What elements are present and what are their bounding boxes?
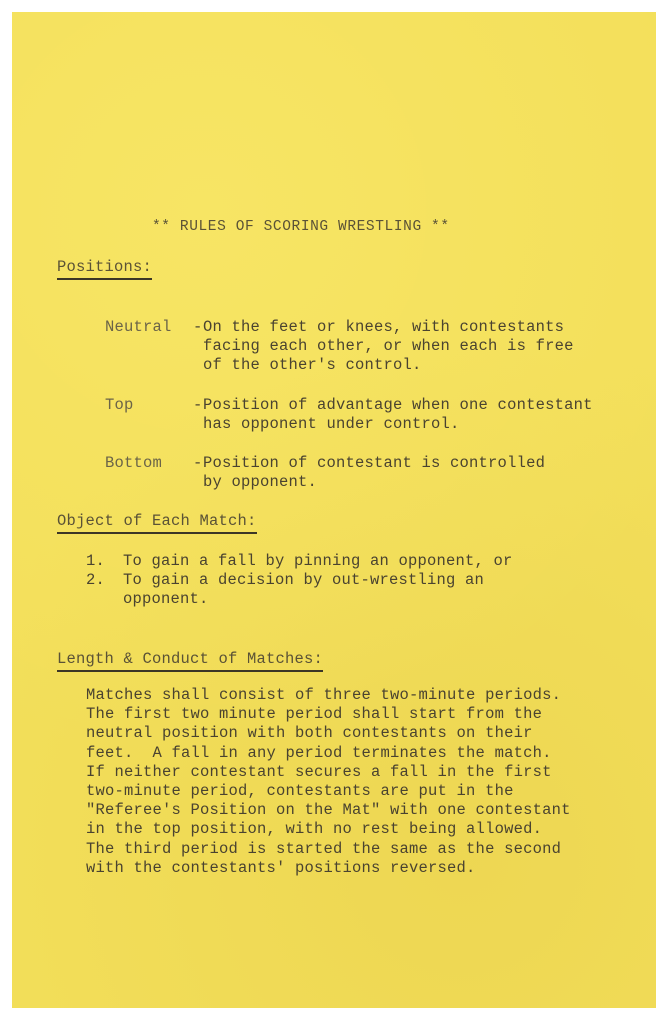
section-heading-object: Object of Each Match:	[57, 512, 257, 534]
description-line: Position of contestant is controlled	[203, 454, 545, 472]
position-entry-bottom: Bottom-Position of contestant is control…	[86, 435, 545, 492]
description-line: by opponent.	[203, 473, 317, 491]
description-line: On the feet or knees, with contestants	[203, 318, 564, 336]
position-description: On the feet or knees, with contestants f…	[203, 318, 574, 375]
position-term: Bottom	[105, 454, 193, 473]
position-entry-neutral: Neutral-On the feet or knees, with conte…	[86, 299, 574, 375]
paragraph-line: two-minute period, contestants are put i…	[86, 782, 514, 800]
section-heading-positions: Positions:	[57, 258, 152, 280]
paragraph-line: If neither contestant secures a fall in …	[86, 763, 552, 781]
paragraph-line: neutral position with both contestants o…	[86, 724, 533, 742]
paragraph-line: The first two minute period shall start …	[86, 705, 542, 723]
length-paragraph: Matches shall consist of three two-minut…	[86, 686, 571, 878]
list-text: To gain a decision by out-wrestling an o…	[123, 571, 484, 609]
list-number: 2.	[86, 571, 123, 590]
list-text: To gain a fall by pinning an opponent, o…	[123, 552, 513, 571]
list-text-line: opponent.	[123, 590, 209, 608]
dash-separator: -	[193, 396, 203, 415]
description-line: Position of advantage when one contestan…	[203, 396, 593, 414]
position-term: Top	[105, 396, 193, 415]
paragraph-line: Matches shall consist of three two-minut…	[86, 686, 561, 704]
document-title: ** RULES OF SCORING WRESTLING **	[152, 218, 450, 237]
position-entry-top: Top-Position of advantage when one conte…	[86, 377, 593, 434]
dash-separator: -	[193, 454, 203, 473]
list-number: 1.	[86, 552, 123, 571]
list-item: 2.To gain a decision by out-wrestling an…	[86, 571, 513, 609]
paragraph-line: with the contestants' positions reversed…	[86, 859, 476, 877]
position-description: Position of contestant is controlled by …	[203, 454, 545, 492]
description-line: facing each other, or when each is free	[203, 337, 574, 355]
section-heading-length: Length & Conduct of Matches:	[57, 650, 323, 672]
paragraph-line: feet. A fall in any period terminates th…	[86, 744, 552, 762]
position-description: Position of advantage when one contestan…	[203, 396, 593, 434]
list-text-line: To gain a decision by out-wrestling an	[123, 571, 484, 589]
object-list: 1.To gain a fall by pinning an opponent,…	[86, 552, 513, 609]
dash-separator: -	[193, 318, 203, 337]
description-line: of the other's control.	[203, 356, 422, 374]
list-item: 1.To gain a fall by pinning an opponent,…	[86, 552, 513, 571]
position-term: Neutral	[105, 318, 193, 337]
description-line: has opponent under control.	[203, 415, 460, 433]
paragraph-line: The third period is started the same as …	[86, 840, 561, 858]
paragraph-line: "Referee's Position on the Mat" with one…	[86, 801, 571, 819]
paragraph-line: in the top position, with no rest being …	[86, 820, 542, 838]
